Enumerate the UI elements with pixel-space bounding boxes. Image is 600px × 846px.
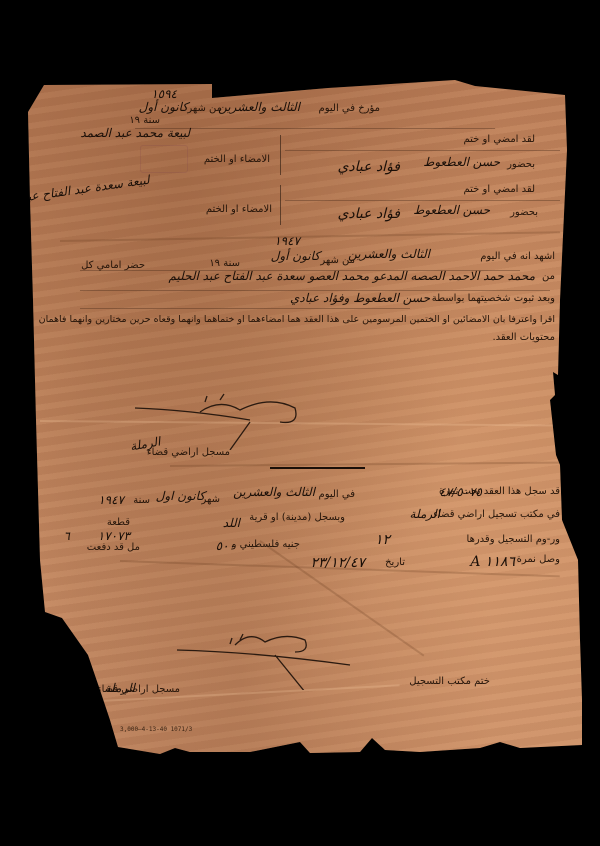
- column-divider: [280, 135, 281, 175]
- registration-date-label: تاريخ: [385, 558, 405, 568]
- signature-label-2: الامضاء او الختم: [206, 205, 272, 215]
- attestation-line5: محتويات العقد.: [492, 333, 555, 343]
- registration-day: الثالث والعشرين: [233, 486, 315, 498]
- registration-receipt-number: A ١١٨٦: [470, 555, 515, 569]
- registration-year: ١٩٤٧: [98, 494, 124, 506]
- attestation-year: ١٩٤٧: [274, 235, 300, 247]
- registration-fee-amount: ١٢: [375, 533, 390, 547]
- attestation-parties: محمد حمد الاحمد الصصه المدعو محمد العصو …: [169, 270, 535, 282]
- registration-month: كانون اول: [156, 490, 205, 502]
- document-paper: ١٥٩٤ مؤرخ في اليوم الثالث والعشرين من شه…: [0, 0, 600, 846]
- registration-paid-label: مل قد دفعت: [87, 543, 140, 553]
- presence-label-2: بحضور: [510, 208, 538, 218]
- signed-label-1: لقد امضي او ختم: [464, 135, 536, 145]
- presence-label-1: بحضور: [507, 160, 535, 170]
- attestation-line1-label: اشهد انه في اليوم: [480, 252, 555, 262]
- section-separator: [270, 467, 365, 469]
- registration-number: ٤٧/٥٠٧٥: [439, 486, 482, 498]
- rule: [285, 200, 560, 201]
- registration-line2-label: في مكتب تسجيل اراضي قضاء: [433, 510, 560, 520]
- faded-stamp-mark: [140, 145, 188, 173]
- attestation-line2-label: من: [542, 272, 555, 282]
- registrar-signature-2: [175, 630, 355, 690]
- registration-receipt-label: وصل نمرة: [517, 555, 560, 565]
- registrar-district-2: الرملة: [105, 682, 135, 694]
- attestation-month: كانون أول: [271, 250, 320, 262]
- registrar-label-1: مسجل اراضي قضاء: [147, 448, 230, 458]
- paper-crease: [60, 231, 560, 242]
- rule: [285, 150, 560, 151]
- witness-name-2: حسن العطعوط: [413, 204, 490, 216]
- registration-parcel-label: قطعة: [107, 518, 130, 528]
- rule: [80, 308, 410, 309]
- signatory-name-1: فؤاد عبادي: [337, 160, 400, 174]
- dated-label: مؤرخ في اليوم: [319, 104, 380, 114]
- registration-day-label: في اليوم: [319, 490, 356, 500]
- registration-parcel: ١٧٠٧٣: [98, 530, 130, 542]
- attestation-line4: اقرا واعترفا بان الامضائين او الختمين ال…: [39, 315, 555, 325]
- registration-year-label: سنة: [133, 496, 150, 506]
- attestation-year-label: سنة ١٩: [209, 259, 240, 269]
- signatory-name-2: فؤاد عبادي: [337, 207, 400, 221]
- registration-fee-label: ور-وم التسجيل وقدرها: [467, 535, 560, 545]
- registration-district: الرملة: [410, 508, 440, 520]
- month-value: كانون أول: [139, 101, 188, 113]
- attestation-line3-label: وبعد ثبوت شخصيتهما بواسطة: [432, 294, 555, 304]
- left-margin-note: لبيعة سعدة عبد الفتاح عبد الحليم: [0, 174, 150, 209]
- signed-label-2: لقد امضي او ختم: [464, 185, 536, 195]
- office-stamp-label: ختم مكتب التسجيل: [409, 677, 490, 687]
- witness-name-1: حسن العطعوط: [423, 156, 500, 168]
- attestation-month-label: من شهر: [320, 256, 355, 266]
- print-code: 3,000—4-13-40 1071/3: [120, 726, 192, 733]
- attestation-identifiers: حسن العطعوط وفؤاد عبادي: [290, 292, 430, 304]
- header-left-note: لبيعة محمد عبد الصمد: [80, 127, 190, 139]
- dated-day: الثالث والعشرين: [218, 101, 300, 113]
- column-divider: [280, 185, 281, 225]
- signature-label-1: الامضاء او الختم: [204, 155, 270, 165]
- registration-mils: ٥٠٠: [216, 540, 235, 552]
- registration-currency-label: جنيه فلسطيني و: [232, 540, 300, 550]
- month-label: من شهر: [187, 104, 222, 114]
- registration-extra: ٦: [64, 530, 70, 542]
- registration-date: ٢٣/١٢/٤٧: [310, 556, 365, 570]
- year-label: سنة ١٩: [129, 116, 160, 126]
- registration-village: اللد: [223, 517, 240, 529]
- registration-register-label: وبسجل (مدينة) او قرية: [249, 513, 345, 523]
- attestation-day: الثالث والعشرين: [348, 248, 430, 260]
- serial-number: ١٥٩٤: [151, 88, 177, 100]
